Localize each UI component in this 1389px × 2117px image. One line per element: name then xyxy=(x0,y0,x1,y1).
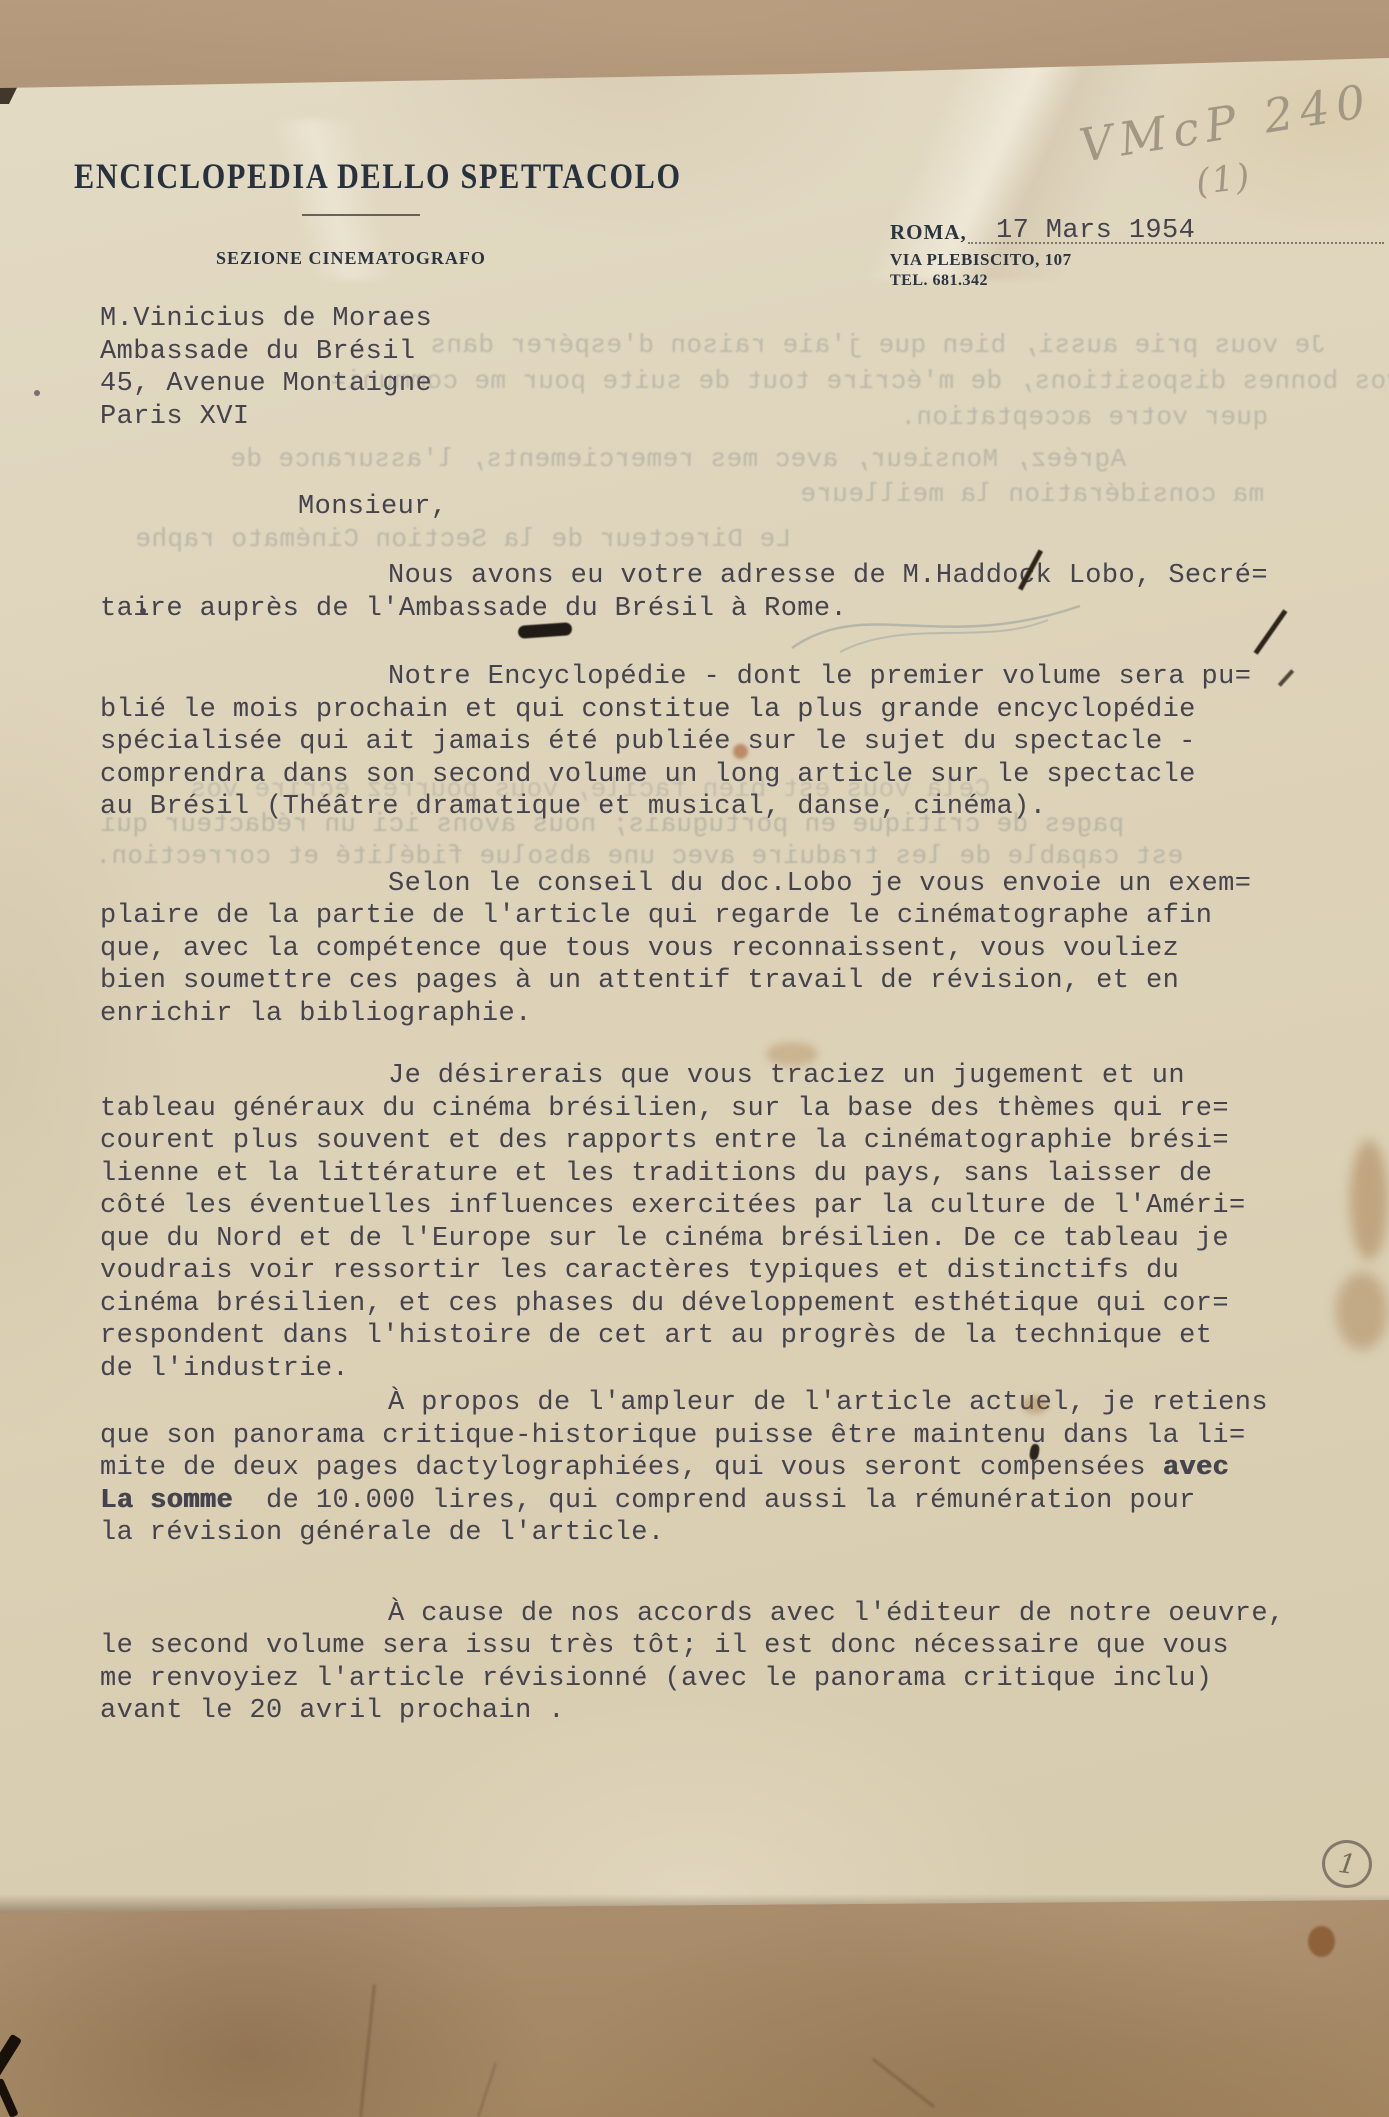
typed-line: la révision générale de l'article. xyxy=(100,1517,1362,1550)
typed-line: Notre Encyclopédie - dont le premier vol… xyxy=(100,661,1362,694)
recipient-line: Paris XVI xyxy=(100,401,432,434)
paragraph: À propos de l'ampleur de l'article actue… xyxy=(100,1387,1362,1550)
paragraph: Nous avons eu votre adresse de M.Haddock… xyxy=(100,560,1362,625)
letterhead-street: VIA PLEBISCITO, 107 xyxy=(890,250,1072,270)
circled-page-number: 1 xyxy=(1319,1837,1375,1891)
typed-line: plaire de la partie de l'article qui reg… xyxy=(100,900,1362,933)
typed-line: respondent dans l'histoire de cet art au… xyxy=(100,1320,1362,1353)
typed-line: Selon le conseil du doc.Lobo je vous env… xyxy=(100,868,1362,901)
typed-line: spécialisée qui ait jamais été publiée s… xyxy=(100,726,1362,759)
bleed-through-line: quer votre acceptation. xyxy=(900,402,1268,432)
typed-line: mite de deux pages dactylographiées, qui… xyxy=(100,1452,1362,1485)
backing-crease xyxy=(872,2058,935,2108)
paragraph: À cause de nos accords avec l'éditeur de… xyxy=(100,1598,1362,1728)
typed-line: que son panorama critique-historique pui… xyxy=(100,1420,1362,1453)
typed-line: Je désirerais que vous traciez un jugeme… xyxy=(100,1060,1362,1093)
bleed-through-line: Le Directeur de la Section Cinémato raph… xyxy=(135,524,791,554)
typed-line: voudrais voir ressortir les caractères t… xyxy=(100,1255,1362,1288)
typed-line: À cause de nos accords avec l'éditeur de… xyxy=(100,1598,1362,1631)
bleed-through-line: ma considération la meilleure xyxy=(800,479,1264,509)
typed-line: côté les éventuelles influences exercité… xyxy=(100,1190,1362,1223)
typed-line: tableau généraux du cinéma brésilien, su… xyxy=(100,1093,1362,1126)
backing-crease xyxy=(359,1984,376,2117)
typed-line: bien soumettre ces pages à un attentif t… xyxy=(100,965,1362,998)
typed-line: lienne et la littérature et les traditio… xyxy=(100,1158,1362,1191)
bleed-through-line: Je vous prie aussi, bien que j'aie raiso… xyxy=(430,330,1326,360)
typed-line: taire auprès de l'Ambassade du Brésil à … xyxy=(100,593,1362,626)
city-label: ROMA, xyxy=(890,220,967,245)
circled-page-number-value: 1 xyxy=(1336,1847,1357,1880)
typed-line: que du Nord et de l'Europe sur le cinéma… xyxy=(100,1223,1362,1256)
bleed-through-line: Agréez, Monsieur, avec mes remerciements… xyxy=(230,444,1126,474)
bleed-through-line: Cela vous est bien facile, vous pourrez … xyxy=(190,774,990,804)
typed-line: le second volume sera issu très tôt; il … xyxy=(100,1630,1362,1663)
corner-dark-mark xyxy=(0,54,20,104)
salutation: Monsieur, xyxy=(298,492,447,522)
recipient-line: Ambassade du Brésil xyxy=(100,336,432,369)
typed-line: avant le 20 avril prochain . xyxy=(100,1695,1362,1728)
recipient-line: M.Vinicius de Moraes xyxy=(100,303,432,336)
backing-crease xyxy=(477,2063,496,2117)
scanned-letter-photo: ENCICLOPEDIA DELLO SPETTACOLO SEZIONE CI… xyxy=(0,0,1389,2117)
typed-line: enrichir la bibliographie. xyxy=(100,998,1362,1031)
stray-typed-dot xyxy=(140,608,146,614)
bleed-through-line: pages de critique en portuguais; nous av… xyxy=(100,809,1124,839)
letterhead-phone: TEL. 681.342 xyxy=(890,272,988,290)
letterhead-rule xyxy=(302,214,420,216)
pencil-scribble xyxy=(780,582,1110,672)
typed-line: de l'industrie. xyxy=(100,1353,1362,1386)
pencil-reference-note: VMcP 240 xyxy=(1076,73,1376,173)
typed-line: blié le mois prochain et qui constitue l… xyxy=(100,694,1362,727)
bleed-through-line: est capable de les traduire avec une abs… xyxy=(95,841,1183,871)
typed-line: que, avec la compétence que tous vous re… xyxy=(100,933,1362,966)
typed-line: La somme de 10.000 lires, qui comprend a… xyxy=(100,1485,1362,1518)
letterhead-title: ENCICLOPEDIA DELLO SPETTACOLO xyxy=(74,158,682,194)
paragraph: Selon le conseil du doc.Lobo je vous env… xyxy=(100,868,1362,1031)
typed-line: Nous avons eu votre adresse de M.Haddock… xyxy=(100,560,1362,593)
letter-page: ENCICLOPEDIA DELLO SPETTACOLO SEZIONE CI… xyxy=(0,0,1389,1916)
letter-body: Nous avons eu votre adresse de M.Haddock… xyxy=(100,560,1362,1728)
typed-line: me renvoyiez l'article révisionné (avec … xyxy=(100,1663,1362,1696)
typed-line: cinéma brésilien, et ces phases du dével… xyxy=(100,1288,1362,1321)
typed-line: courent plus souvent et des rapports ent… xyxy=(100,1125,1362,1158)
typed-date: 17 Mars 1954 xyxy=(996,216,1195,246)
stray-typed-dot xyxy=(34,390,40,396)
typed-line: À propos de l'ampleur de l'article actue… xyxy=(100,1387,1362,1420)
letterhead-subtitle: SEZIONE CINEMATOGRAFO xyxy=(216,248,486,269)
bleed-through-line: vos bonnes dispositions, de m'écrire tou… xyxy=(330,366,1389,396)
letterhead-date-row: ROMA, 17 Mars 1954 xyxy=(890,216,1388,250)
backing-rust-dot xyxy=(1308,1926,1335,1957)
paragraph: Je désirerais que vous traciez un jugeme… xyxy=(100,1060,1362,1385)
backing-dark-mark xyxy=(0,2078,19,2117)
pencil-page-note: (1) xyxy=(1194,157,1254,203)
